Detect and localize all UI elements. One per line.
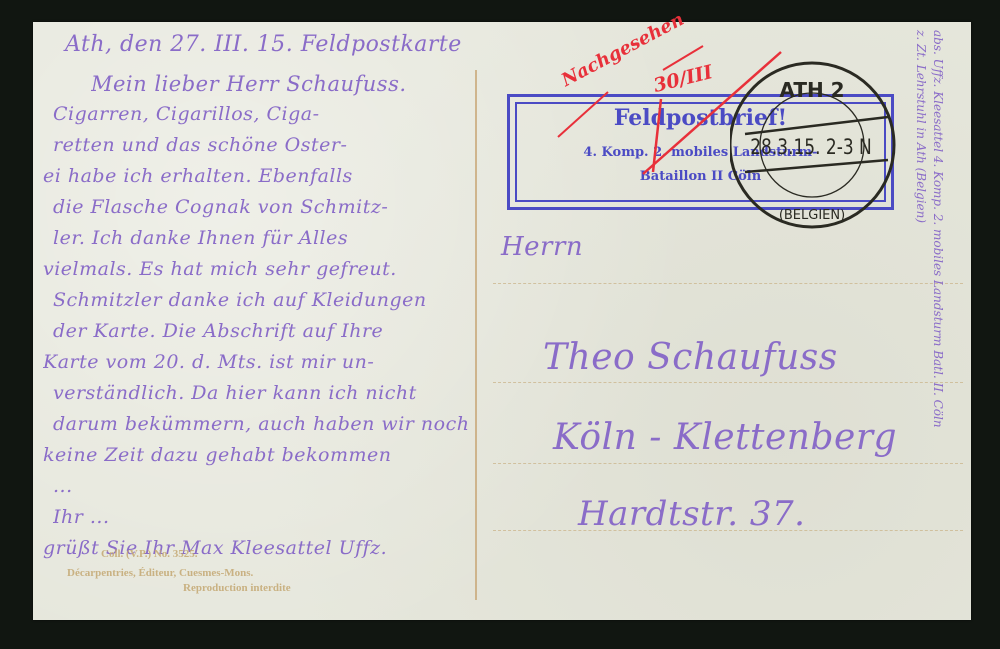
address-city: Köln - Klettenberg bbox=[553, 417, 897, 458]
postmark-country: (BELGIEN) bbox=[779, 208, 845, 223]
address-street: Hardtstr. 37. bbox=[578, 494, 805, 534]
postmark: ATH 2 28.3.15. 2-3 N (BELGIEN) bbox=[730, 59, 910, 239]
address-salutation: Herrn bbox=[501, 232, 583, 262]
postmark-date: 28.3.15. 2-3 N bbox=[750, 134, 872, 159]
sender-line-2: z. Zt. Lehrstuhl in Ath (Belgien) bbox=[914, 30, 928, 223]
postmark-town: ATH 2 bbox=[779, 78, 844, 102]
sender-line-1: abs. Uffz. Kleesattel 4. Komp. 2. mobile… bbox=[931, 30, 945, 428]
address-name: Theo Schaufuss bbox=[543, 337, 838, 378]
postcard: Ath, den 27. III. 15. Feldpostkarte Mein… bbox=[33, 22, 971, 620]
